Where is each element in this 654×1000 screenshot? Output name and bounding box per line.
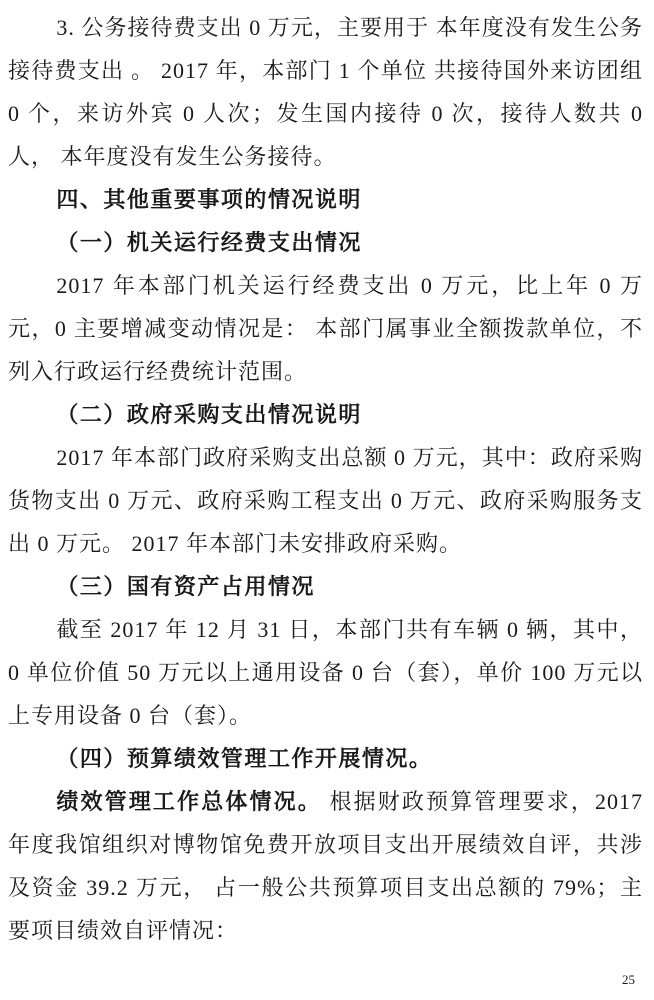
subheading-2-government-procurement: （二）政府采购支出情况说明	[8, 393, 643, 436]
paragraph-performance-management-overview: 绩效管理工作总体情况。 根据财政预算管理要求，2017 年度我馆组织对博物馆免费…	[8, 780, 643, 952]
performance-management-lead: 绩效管理工作总体情况。	[56, 789, 321, 814]
paragraph-government-procurement: 2017 年本部门政府采购支出总额 0 万元，其中：政府采购货物支出 0 万元、…	[8, 436, 643, 565]
document-page: 3. 公务接待费支出 0 万元，主要用于 本年度没有发生公务接待费支出 。 20…	[0, 0, 654, 1000]
subheading-1-agency-operating-expenses: （一）机关运行经费支出情况	[8, 221, 643, 264]
document-content: 3. 公务接待费支出 0 万元，主要用于 本年度没有发生公务接待费支出 。 20…	[8, 6, 643, 952]
subheading-3-state-owned-assets: （三）国有资产占用情况	[8, 565, 643, 608]
paragraph-agency-operating-expenses: 2017 年本部门机关运行经费支出 0 万元，比上年 0 万元，0 主要增减变动…	[8, 264, 643, 393]
heading-section-4-other-important-matters: 四、其他重要事项的情况说明	[8, 178, 643, 221]
subheading-4-budget-performance-management: （四）预算绩效管理工作开展情况。	[8, 737, 643, 780]
paragraph-state-owned-assets: 截至 2017 年 12 月 31 日，本部门共有车辆 0 辆，其中， 0 单位…	[8, 608, 643, 737]
page-number: 25	[622, 973, 635, 986]
paragraph-official-reception-expenses: 3. 公务接待费支出 0 万元，主要用于 本年度没有发生公务接待费支出 。 20…	[8, 6, 643, 178]
